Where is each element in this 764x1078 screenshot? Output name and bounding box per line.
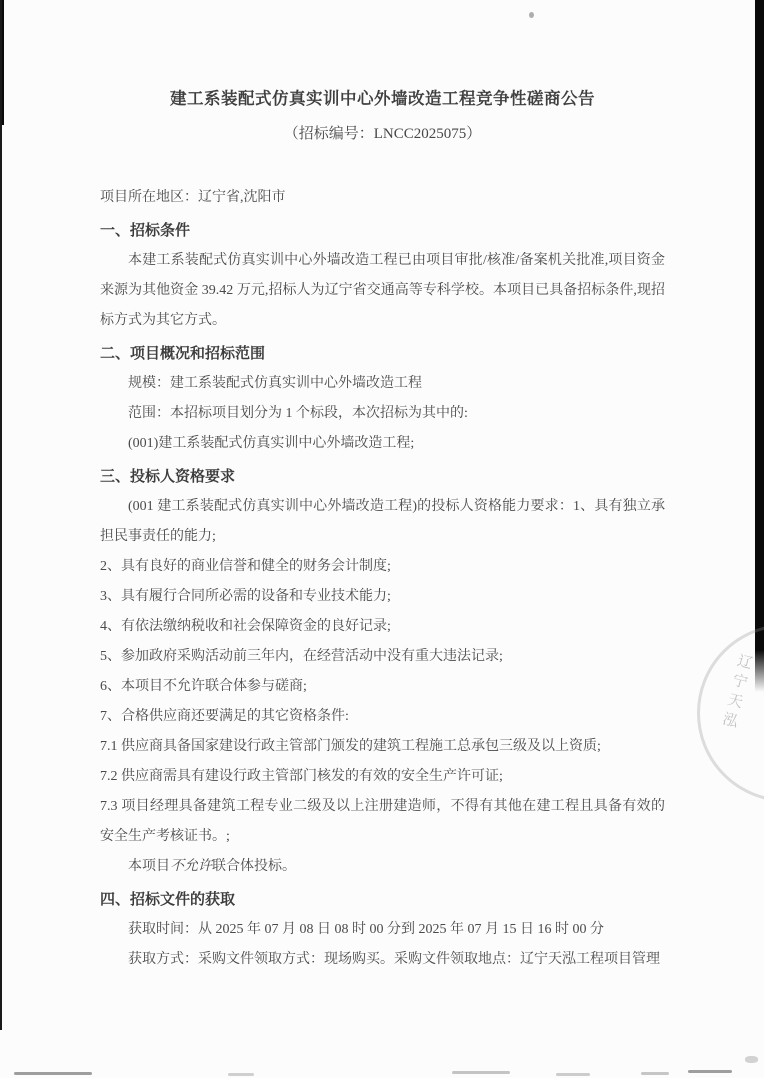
scan-speck-top	[529, 12, 534, 18]
section-4-heading: 四、招标文件的获取	[100, 885, 665, 915]
joint-venture-note: 本项目不允许联合体投标。	[100, 852, 665, 882]
scan-edge-bottom-dash	[452, 1071, 510, 1074]
qualification-item-7-2: 7.2 供应商需具有建设行政主管部门核发的有效的安全生产许可证;	[100, 762, 665, 792]
section-1-heading: 一、招标条件	[100, 216, 665, 246]
document-body: 建工系装配式仿真实训中心外墙改造工程竞争性磋商公告 （招标编号：LNCC2025…	[100, 88, 665, 975]
scan-edge-bottom-dash	[641, 1072, 669, 1075]
qualification-item-6: 6、本项目不允许联合体参与磋商;	[100, 672, 665, 702]
qualification-item-2: 2、具有良好的商业信誉和健全的财务会计制度;	[100, 552, 665, 582]
qualification-item-7-3: 7.3 项目经理具备建筑工程专业二级及以上注册建造师，不得有其他在建工程且具备有…	[100, 792, 665, 852]
page-title: 建工系装配式仿真实训中心外墙改造工程竞争性磋商公告	[100, 88, 665, 110]
lot-line: (001)建工系装配式仿真实训中心外墙改造工程;	[100, 429, 665, 459]
section-3-heading: 三、投标人资格要求	[100, 462, 665, 492]
scan-edge-bottom-dash	[556, 1073, 590, 1076]
obtain-method-line: 获取方式：采购文件领取方式：现场购买。采购文件领取地点：辽宁天泓工程项目管理	[100, 945, 665, 975]
obtain-time-line: 获取时间：从 2025 年 07 月 08 日 08 时 00 分到 2025 …	[100, 915, 665, 945]
scan-edge-bottom-dash	[688, 1070, 732, 1073]
scan-edge-left	[0, 0, 2, 1030]
joint-note-suffix: 联合体投标。	[212, 859, 296, 874]
qualification-item-7: 7、合格供应商还要满足的其它资格条件:	[100, 702, 665, 732]
bid-number: （招标编号：LNCC2025075）	[100, 122, 665, 143]
qualification-item-3: 3、具有履行合同所必需的设备和专业技术能力;	[100, 582, 665, 612]
qualification-item-7-1: 7.1 供应商具备国家建设行政主管部门颁发的建筑工程施工总承包三级及以上资质;	[100, 732, 665, 762]
scope-line: 范围：本招标项目划分为 1 个标段，本次招标为其中的:	[100, 399, 665, 429]
joint-note-prefix: 本项目	[128, 859, 170, 874]
qualification-lead: (001 建工系装配式仿真实训中心外墙改造工程)的投标人资格能力要求：1、具有独…	[100, 492, 665, 552]
project-location: 项目所在地区：辽宁省,沈阳市	[100, 183, 665, 213]
qualification-item-5: 5、参加政府采购活动前三年内，在经营活动中没有重大违法记录;	[100, 642, 665, 672]
section-2-heading: 二、项目概况和招标范围	[100, 339, 665, 369]
scan-edge-bottom-dash	[14, 1072, 92, 1075]
scanned-page: 辽宁天泓 建工系装配式仿真实训中心外墙改造工程竞争性磋商公告 （招标编号：LNC…	[0, 0, 764, 1078]
qualification-item-4: 4、有依法缴纳税收和社会保障资金的良好记录;	[100, 612, 665, 642]
scale-line: 规模：建工系装配式仿真实训中心外墙改造工程	[100, 369, 665, 399]
section-1-paragraph: 本建工系装配式仿真实训中心外墙改造工程已由项目审批/核准/备案机关批准,项目资金…	[100, 246, 665, 336]
scan-edge-right	[755, 0, 764, 692]
scan-speck-bottom-right	[745, 1056, 758, 1063]
scan-edge-bottom-dash	[228, 1073, 254, 1076]
joint-note-emphasis: 不允许	[170, 859, 212, 874]
